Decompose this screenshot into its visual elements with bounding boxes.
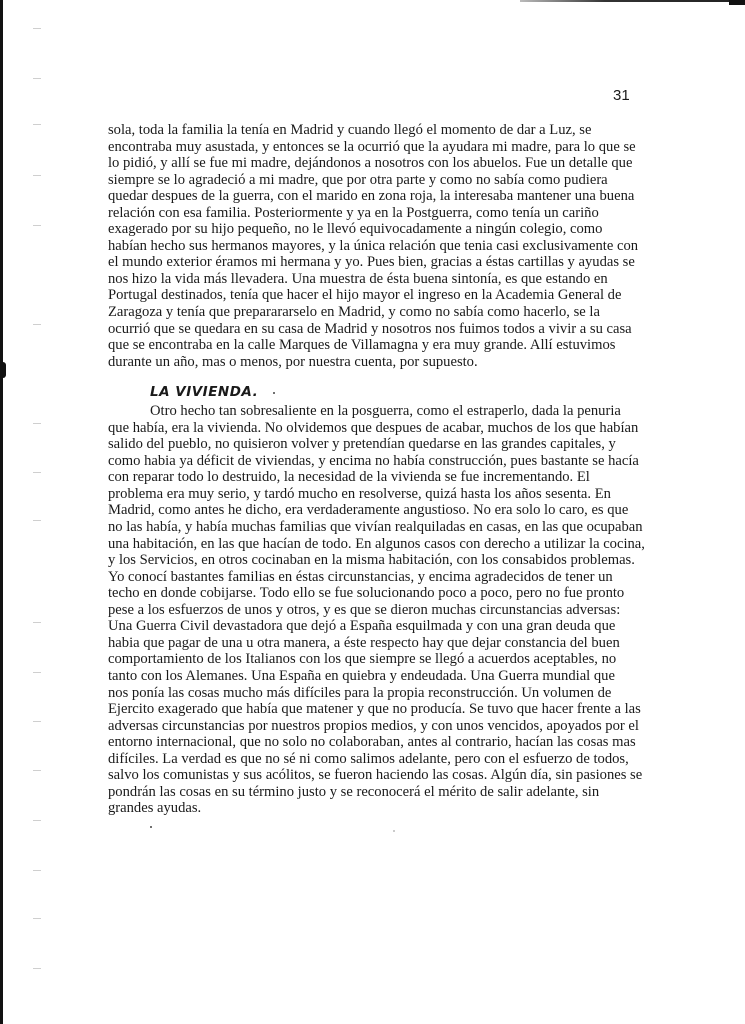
section-heading: LA VIVIENDA. — [150, 384, 650, 401]
text-line: Madrid, como antes he dicho, era verdade… — [108, 502, 628, 518]
text-line: sola, toda la familia la tenía en Madrid… — [108, 122, 591, 138]
scan-corner — [729, 0, 745, 5]
text-line: una habitación, en las que hacían de tod… — [108, 536, 645, 552]
text-line: habia que pagar de una u otra manera, a … — [108, 635, 620, 651]
text-line: lo pidió, y allí se fue mi madre, dejánd… — [108, 155, 632, 171]
text-line: durante un año, mas o menos, por nuestra… — [108, 354, 478, 370]
text-line: comportamiento de los Italianos con los … — [108, 651, 616, 667]
text-line: que había, era la vivienda. No olvidemos… — [108, 420, 638, 436]
text-line: el mundo exterior éramos mi hermana y yo… — [108, 254, 635, 270]
text-line: nos ponía las cosas mucho más difíciles … — [108, 685, 611, 701]
text-line: Zaragoza y tenía que preparararselo en M… — [108, 304, 600, 320]
text-line: Portugal destinados, tenía que hacer el … — [108, 287, 621, 303]
text-line: Yo conocí bastantes familias en éstas ci… — [108, 569, 613, 585]
text-line: que se encontraba en la calle Marques de… — [108, 337, 615, 353]
text-line: grandes ayudas. — [108, 800, 201, 816]
paragraph-vivienda: Otro hecho tan sobresaliente en la posgu… — [108, 403, 650, 817]
text-line: siempre se lo agradeció a mi madre, que … — [108, 172, 608, 188]
text-line: habían hecho sus hermanos mayores, y la … — [108, 238, 638, 254]
stray-mark — [150, 826, 152, 828]
text-line: difíciles. La verdad es que no sé ni com… — [108, 751, 629, 767]
text-line: encontraba muy asustada, y entonces se l… — [108, 139, 636, 155]
text-line: pese a los esfuerzos de unos y otros, y … — [108, 602, 620, 618]
text-line: con reparar todo lo destruido, la necesi… — [108, 469, 590, 485]
text-line: problema era muy serio, y tardó mucho en… — [108, 486, 611, 502]
stray-mark — [273, 392, 275, 394]
text-line: ocurrió que se quedara en su casa de Mad… — [108, 321, 632, 337]
paragraph-intro: sola, toda la familia la tenía en Madrid… — [108, 122, 650, 370]
scan-edge-left — [0, 0, 3, 1024]
text-line: exagerado por su hijo pequeño, no le lle… — [108, 221, 602, 237]
text-line: salvo los comunistas y sus acólitos, se … — [108, 767, 642, 783]
stray-mark — [393, 830, 395, 832]
page-number: 31 — [613, 87, 630, 104]
text-line: salido del pueblo, no quisieron volver y… — [108, 436, 616, 452]
text-line: Ejercito exagerado que había que matener… — [108, 701, 641, 717]
text-line: relación con esa familia. Posteriormente… — [108, 205, 599, 221]
text-line: pondrán las cosas en su término justo y … — [108, 784, 599, 800]
scan-edge-top — [520, 0, 732, 2]
text-line: como habia ya déficit de viviendas, y en… — [108, 453, 639, 469]
text-line: quedar despues de la guerra, con el mari… — [108, 188, 634, 204]
scan-notch — [0, 362, 6, 378]
text-line: entorno internacional, que no solo no co… — [108, 734, 636, 750]
text-line: adversas circunstancias por nuestros pro… — [108, 718, 639, 734]
text-line: tanto con los Alemanes. Una España en qu… — [108, 668, 615, 684]
text-line: nos hizo la vida más llevadera. Una mues… — [108, 271, 608, 287]
document-body: sola, toda la familia la tenía en Madrid… — [108, 122, 650, 817]
text-line: Una Guerra Civil devastadora que dejó a … — [108, 618, 615, 634]
text-line: no las había, y había muchas familias qu… — [108, 519, 643, 535]
text-line: Otro hecho tan sobresaliente en la posgu… — [150, 403, 621, 419]
text-line: techo en donde cobijarse. Todo ello se f… — [108, 585, 624, 601]
text-line: y los Servicios, en otros cocinaban en l… — [108, 552, 635, 568]
